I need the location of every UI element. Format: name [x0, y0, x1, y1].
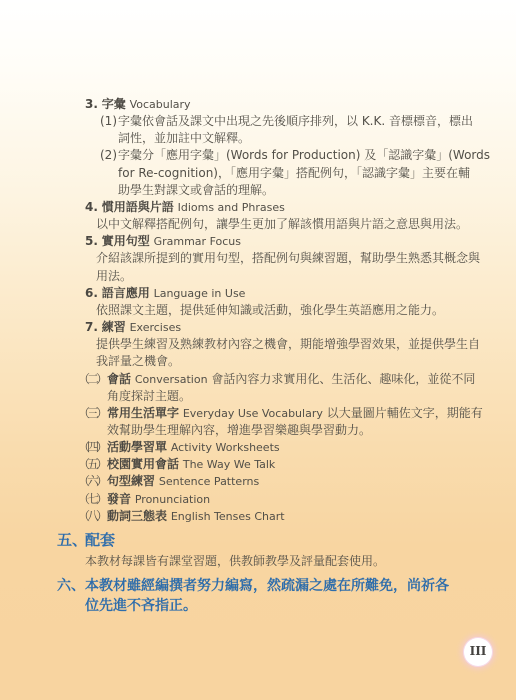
list-item-2-line1: （二）會話 Conversation 會話內容力求實用化、生活化、趣味化，並從不… [107, 371, 516, 388]
item7-heading: 7. 練習 Exercises [85, 319, 516, 336]
list-item-3-marker: （三） [78, 405, 105, 422]
section5-title: 配套 [85, 531, 115, 549]
item5-body-line2: 用法。 [96, 268, 516, 285]
item5-body: 介紹該課所提到的實用句型，搭配例句與練習題，幫助學生熟悉其概念與 用法。 [96, 250, 516, 284]
item6-body: 依照課文主題，提供延伸知識或活動，強化學生英語應用之能力。 [96, 302, 516, 319]
list-item-3: （三）常用生活單字 Everyday Use Vocabulary 以大量圖片輔… [78, 405, 516, 439]
item3-sub2-line2: for Re-cognition)，「應用字彙」搭配例句，「認識字彙」主要在輔 [118, 165, 516, 182]
item3-heading: 3. 字彙 Vocabulary [85, 96, 516, 113]
item3-sub2-line3: 助學生對課文或會話的理解。 [118, 182, 516, 199]
list-item-4-marker: （四） [78, 439, 105, 456]
list-item-8: （八）動詞三態表 English Tenses Chart [78, 508, 516, 525]
item7-number: 7. [85, 320, 98, 334]
section5-heading: 五、配套 [57, 530, 516, 551]
item3-sub1-line1: (1)字彙依會話及課文中出現之先後順序排列，以 K.K. 音標標音，標出 [118, 113, 516, 130]
item5-heading: 5. 實用句型 Grammar Focus [85, 233, 516, 250]
preface-content: 3. 字彙 Vocabulary (1)字彙依會話及課文中出現之先後順序排列，以… [0, 0, 516, 616]
item5-title-zh: 實用句型 [102, 234, 150, 248]
item6-title-zh: 語言應用 [102, 286, 150, 300]
item6-heading: 6. 語言應用 Language in Use [85, 285, 516, 302]
section6-line1: 本教材雖經編撰者努力編寫，然疏漏之處在所難免，尚祈各 [85, 577, 516, 597]
item3-title-zh: 字彙 [102, 97, 126, 111]
list-item-3-line2: 效幫助學生理解內容，增進學習樂趣與學習動力。 [107, 422, 516, 439]
list-item-2: （二）會話 Conversation 會話內容力求實用化、生活化、趣味化，並從不… [78, 371, 516, 405]
section6-line2: 位先進不吝指正。 [85, 597, 516, 617]
item5-title-en: Grammar Focus [154, 235, 241, 248]
item3-sub2: (2)字彙分「應用字彙」(Words for Production) 及「認識字… [100, 147, 516, 198]
document-page: 3. 字彙 Vocabulary (1)字彙依會話及課文中出現之先後順序排列，以… [0, 0, 516, 700]
item3-title-en: Vocabulary [130, 98, 191, 111]
section5-body: 本教材每課皆有課堂習題，供教師教學及評量配套使用。 [85, 553, 516, 570]
list-item-4: （四）活動學習單 Activity Worksheets [78, 439, 516, 456]
page-number: III [470, 643, 487, 660]
item3-sub1: (1)字彙依會話及課文中出現之先後順序排列，以 K.K. 音標標音，標出 詞性，… [100, 113, 516, 147]
list-item-2-line2: 角度探討主題。 [107, 388, 516, 405]
list-item-7-marker: （七） [78, 491, 105, 508]
item4-heading: 4. 慣用語與片語 Idioms and Phrases [85, 199, 516, 216]
item7-title-zh: 練習 [102, 320, 126, 334]
list-item-8-marker: （八） [78, 508, 105, 525]
item5-body-line1: 介紹該課所提到的實用句型，搭配例句與練習題，幫助學生熟悉其概念與 [96, 250, 516, 267]
list-item-7: （七）發音 Pronunciation [78, 491, 516, 508]
item7-title-en: Exercises [130, 321, 182, 334]
item3-sub2-marker: (2) [100, 147, 117, 164]
item7-body-line2: 我評量之機會。 [96, 353, 516, 370]
list-item-2-marker: （二） [78, 371, 105, 388]
item6-title-en: Language in Use [154, 287, 246, 300]
list-item-3-line1: （三）常用生活單字 Everyday Use Vocabulary 以大量圖片輔… [107, 405, 516, 422]
list-item-5-marker: （五） [78, 456, 105, 473]
item3-sub2-line1: (2)字彙分「應用字彙」(Words for Production) 及「認識字… [118, 147, 516, 164]
item6-number: 6. [85, 286, 98, 300]
list-item-5: （五）校園實用會話 The Way We Talk [78, 456, 516, 473]
section5-marker: 五、 [57, 530, 87, 551]
item3-number: 3. [85, 97, 98, 111]
item7-body: 提供學生練習及熟練教材內容之機會，期能增強學習效果，並提供學生自 我評量之機會。 [96, 336, 516, 370]
page-number-badge: III [464, 638, 492, 666]
list-item-6-marker: （六） [78, 473, 105, 490]
item5-number: 5. [85, 234, 98, 248]
item4-body: 以中文解釋搭配例句，讓學生更加了解該慣用語與片語之意思與用法。 [96, 216, 516, 233]
item3-sub1-line2: 詞性，並加註中文解釋。 [118, 130, 516, 147]
section6-marker: 六、 [57, 577, 85, 597]
item4-title-en: Idioms and Phrases [178, 201, 285, 214]
item7-body-line1: 提供學生練習及熟練教材內容之機會，期能增強學習效果，並提供學生自 [96, 336, 516, 353]
item3-sub1-marker: (1) [100, 113, 117, 130]
item4-number: 4. [85, 200, 98, 214]
list-item-6: （六）句型練習 Sentence Patterns [78, 473, 516, 490]
section6-closing: 六、 本教材雖經編撰者努力編寫，然疏漏之處在所難免，尚祈各 位先進不吝指正。 [57, 577, 516, 616]
item4-title-zh: 慣用語與片語 [102, 200, 174, 214]
